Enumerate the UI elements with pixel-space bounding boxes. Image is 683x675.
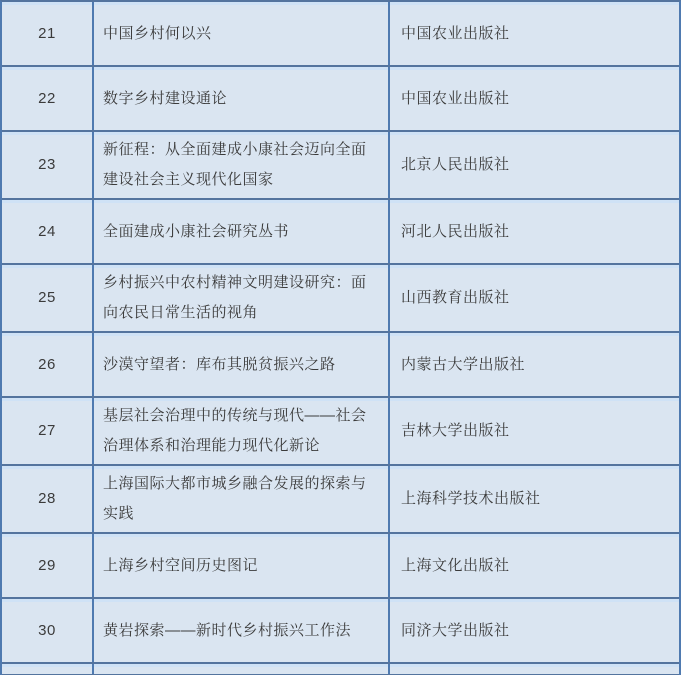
- row-index-cell-text: 24: [38, 217, 56, 247]
- table-row: 28上海国际大都市城乡融合发展的探索与实践上海科学技术出版社: [2, 466, 679, 534]
- table-row-partial: [2, 664, 679, 675]
- book-title-cell: 黄岩探索——新时代乡村振兴工作法: [94, 599, 390, 662]
- row-index-cell: 25: [2, 265, 94, 331]
- row-index-cell: 28: [2, 466, 94, 532]
- book-title-cell: 沙漠守望者：库布其脱贫振兴之路: [94, 333, 390, 396]
- table-row: 25乡村振兴中农村精神文明建设研究：面向农民日常生活的视角山西教育出版社: [2, 265, 679, 333]
- publisher-cell: 吉林大学出版社: [390, 398, 679, 464]
- book-title-cell-text: 基层社会治理中的传统与现代——社会治理体系和治理能力现代化新论: [103, 401, 378, 461]
- publisher-cell-text: 中国农业出版社: [401, 19, 510, 49]
- book-title-cell: 全面建成小康社会研究丛书: [94, 200, 390, 263]
- row-index-cell: 30: [2, 599, 94, 662]
- row-index-cell: [2, 664, 94, 674]
- table-row: 26沙漠守望者：库布其脱贫振兴之路内蒙古大学出版社: [2, 333, 679, 398]
- publisher-cell-text: 河北人民出版社: [401, 217, 510, 247]
- publisher-cell: 上海科学技术出版社: [390, 466, 679, 532]
- book-title-cell-text: 乡村振兴中农村精神文明建设研究：面向农民日常生活的视角: [103, 268, 378, 328]
- publisher-cell-text: 同济大学出版社: [401, 616, 510, 646]
- book-title-cell: 数字乡村建设通论: [94, 67, 390, 130]
- publisher-cell: 北京人民出版社: [390, 132, 679, 198]
- publisher-cell-text: 内蒙古大学出版社: [401, 350, 525, 380]
- publisher-cell-text: 上海科学技术出版社: [401, 484, 541, 514]
- publisher-cell-text: 上海文化出版社: [401, 551, 510, 581]
- row-index-cell-text: 23: [38, 150, 56, 180]
- row-index-cell: 26: [2, 333, 94, 396]
- book-list-table: 21中国乡村何以兴中国农业出版社22数字乡村建设通论中国农业出版社23新征程：从…: [0, 0, 681, 675]
- table-row: 24全面建成小康社会研究丛书河北人民出版社: [2, 200, 679, 265]
- row-index-cell: 29: [2, 534, 94, 597]
- row-index-cell-text: 27: [38, 416, 56, 446]
- document-page: 21中国乡村何以兴中国农业出版社22数字乡村建设通论中国农业出版社23新征程：从…: [0, 0, 683, 675]
- table-row: 23新征程：从全面建成小康社会迈向全面建设社会主义现代化国家北京人民出版社: [2, 132, 679, 200]
- row-index-cell-text: 21: [38, 19, 56, 49]
- row-index-cell-text: 22: [38, 84, 56, 114]
- publisher-cell-text: 山西教育出版社: [401, 283, 510, 313]
- row-index-cell-text: 26: [38, 350, 56, 380]
- publisher-cell: 上海文化出版社: [390, 534, 679, 597]
- row-index-cell-text: 30: [38, 616, 56, 646]
- publisher-cell-text: 吉林大学出版社: [401, 416, 510, 446]
- publisher-cell: 中国农业出版社: [390, 67, 679, 130]
- row-index-cell: 21: [2, 2, 94, 65]
- publisher-cell: 山西教育出版社: [390, 265, 679, 331]
- publisher-cell-text: 北京人民出版社: [401, 150, 510, 180]
- book-title-cell-text: 新征程：从全面建成小康社会迈向全面建设社会主义现代化国家: [103, 135, 378, 195]
- book-title-cell: 乡村振兴中农村精神文明建设研究：面向农民日常生活的视角: [94, 265, 390, 331]
- publisher-cell-text: 中国农业出版社: [401, 84, 510, 114]
- book-title-cell-text: 上海国际大都市城乡融合发展的探索与实践: [103, 469, 378, 529]
- book-title-cell: 中国乡村何以兴: [94, 2, 390, 65]
- row-index-cell-text: 25: [38, 283, 56, 313]
- book-title-cell: 上海乡村空间历史图记: [94, 534, 390, 597]
- table-row: 22数字乡村建设通论中国农业出版社: [2, 67, 679, 132]
- book-title-cell: 上海国际大都市城乡融合发展的探索与实践: [94, 466, 390, 532]
- row-index-cell: 22: [2, 67, 94, 130]
- book-title-cell-text: 黄岩探索——新时代乡村振兴工作法: [103, 616, 351, 646]
- publisher-cell: 内蒙古大学出版社: [390, 333, 679, 396]
- book-title-cell: [94, 664, 390, 674]
- book-title-cell-text: 沙漠守望者：库布其脱贫振兴之路: [103, 350, 336, 380]
- row-index-cell: 24: [2, 200, 94, 263]
- publisher-cell: [390, 664, 679, 674]
- row-index-cell-text: 29: [38, 551, 56, 581]
- table-row: 30黄岩探索——新时代乡村振兴工作法同济大学出版社: [2, 599, 679, 664]
- book-title-cell: 新征程：从全面建成小康社会迈向全面建设社会主义现代化国家: [94, 132, 390, 198]
- book-title-cell-text: 数字乡村建设通论: [103, 84, 227, 114]
- book-table-body: 21中国乡村何以兴中国农业出版社22数字乡村建设通论中国农业出版社23新征程：从…: [2, 2, 679, 664]
- publisher-cell: 同济大学出版社: [390, 599, 679, 662]
- table-row: 27基层社会治理中的传统与现代——社会治理体系和治理能力现代化新论吉林大学出版社: [2, 398, 679, 466]
- row-index-cell: 23: [2, 132, 94, 198]
- book-title-cell-text: 上海乡村空间历史图记: [103, 551, 258, 581]
- publisher-cell: 中国农业出版社: [390, 2, 679, 65]
- book-title-cell-text: 中国乡村何以兴: [103, 19, 212, 49]
- table-row: 21中国乡村何以兴中国农业出版社: [2, 2, 679, 67]
- table-row: 29上海乡村空间历史图记上海文化出版社: [2, 534, 679, 599]
- row-index-cell: 27: [2, 398, 94, 464]
- row-index-cell-text: 28: [38, 484, 56, 514]
- publisher-cell: 河北人民出版社: [390, 200, 679, 263]
- book-title-cell: 基层社会治理中的传统与现代——社会治理体系和治理能力现代化新论: [94, 398, 390, 464]
- book-title-cell-text: 全面建成小康社会研究丛书: [103, 217, 289, 247]
